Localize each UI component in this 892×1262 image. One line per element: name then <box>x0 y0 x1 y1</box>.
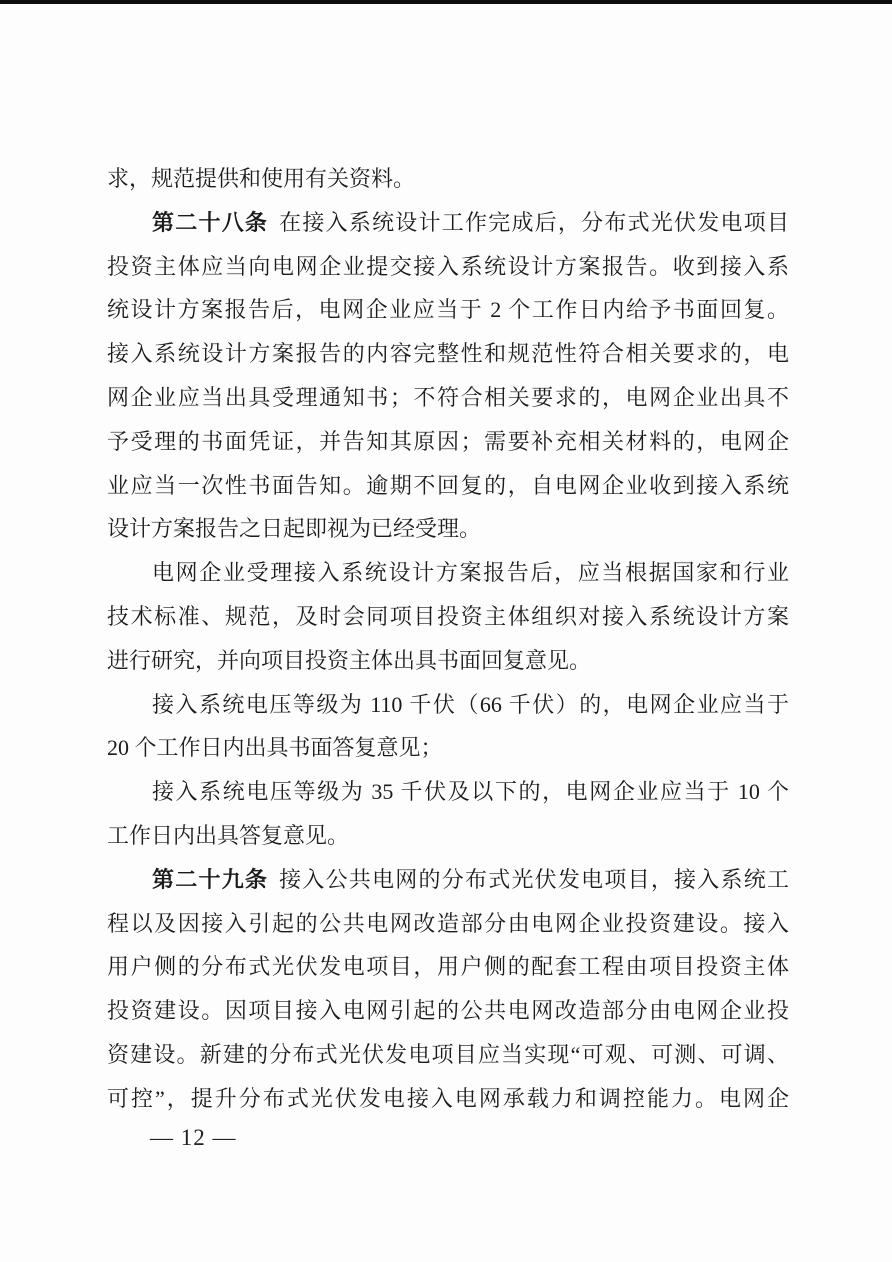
text-line: 进行研究，并向项目投资主体出具书面回复意见。 <box>107 639 789 683</box>
text-line: 投资主体应当向电网企业提交接入系统设计方案报告。收到接入系 <box>107 245 789 289</box>
text-line: 投资建设。因项目接入电网引起的公共电网改造部分由电网企业投 <box>107 989 789 1033</box>
text-line: 可控”，提升分布式光伏发电接入电网承载力和调控能力。电网企 <box>107 1077 789 1121</box>
text-line: 予受理的书面凭证，并告知其原因；需要补充相关材料的，电网企 <box>107 420 789 464</box>
text-line: 求，规范提供和使用有关资料。 <box>107 157 789 201</box>
page-number: — 12 — <box>150 1124 237 1152</box>
article-number-28: 第二十八条 <box>152 210 268 235</box>
text-line-content: 在接入系统设计工作完成后，分布式光伏发电项目 <box>279 210 789 235</box>
text-line: 程以及因接入引起的公共电网改造部分由电网企业投资建设。接入 <box>107 902 789 946</box>
text-line: 工作日内出具答复意见。 <box>107 814 789 858</box>
article-number-29: 第二十九条 <box>152 867 268 892</box>
document-body: 求，规范提供和使用有关资料。 第二十八条在接入系统设计工作完成后，分布式光伏发电… <box>107 157 789 1121</box>
text-line: 第二十八条在接入系统设计工作完成后，分布式光伏发电项目 <box>107 201 789 245</box>
text-line: 统设计方案报告后，电网企业应当于 2 个工作日内给予书面回复。 <box>107 288 789 332</box>
text-line: 接入系统电压等级为 35 千伏及以下的，电网企业应当于 10 个 <box>107 770 789 814</box>
text-line: 电网企业受理接入系统设计方案报告后，应当根据国家和行业 <box>107 551 789 595</box>
text-line: 接入系统电压等级为 110 千伏（66 千伏）的，电网企业应当于 <box>107 683 789 727</box>
text-line: 20 个工作日内出具书面答复意见； <box>107 726 789 770</box>
text-line: 设计方案报告之日起即视为已经受理。 <box>107 507 789 551</box>
text-line: 接入系统设计方案报告的内容完整性和规范性符合相关要求的，电 <box>107 332 789 376</box>
text-line-content: 接入公共电网的分布式光伏发电项目，接入系统工 <box>279 867 789 892</box>
text-line: 网企业应当出具受理通知书；不符合相关要求的，电网企业出具不 <box>107 376 789 420</box>
text-line: 资建设。新建的分布式光伏发电项目应当实现“可观、可测、可调、 <box>107 1033 789 1077</box>
text-line: 用户侧的分布式光伏发电项目，用户侧的配套工程由项目投资主体 <box>107 945 789 989</box>
text-line: 技术标准、规范，及时会同项目投资主体组织对接入系统设计方案 <box>107 595 789 639</box>
scan-edge-artifact <box>0 0 892 4</box>
text-line: 业应当一次性书面告知。逾期不回复的，自电网企业收到接入系统 <box>107 464 789 508</box>
text-line: 第二十九条接入公共电网的分布式光伏发电项目，接入系统工 <box>107 858 789 902</box>
